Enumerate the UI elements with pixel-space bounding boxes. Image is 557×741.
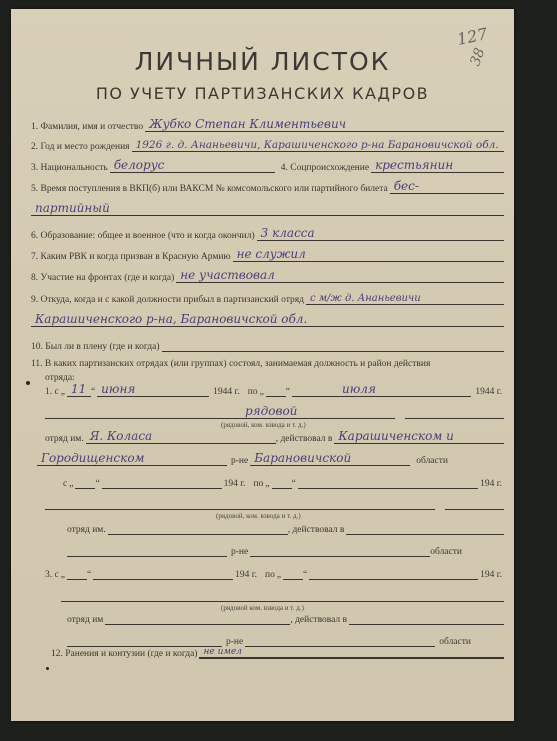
field-line: Жубко Степан Климентьевич (145, 117, 504, 132)
field-label: 10. Был ли в плену (где и когда) (31, 342, 162, 352)
field-label: , действовал в (290, 615, 349, 625)
field-line (93, 565, 233, 580)
field-label: 6. Образование: общее и военное (что и к… (31, 231, 257, 241)
field-line (405, 404, 504, 419)
field-line (108, 520, 288, 535)
field-line: июля (292, 382, 471, 397)
field-label: 12. Ранения и контузии (где и когда) (51, 649, 199, 659)
field-full-name: 1. Фамилия, имя и отчество Жубко Степан … (31, 116, 504, 132)
to-label: по (247, 479, 265, 489)
field-education: 6. Образование: общее и военное (что и к… (31, 225, 504, 241)
field-line: белорус (110, 158, 275, 173)
field-line: Карашиченском и (334, 429, 504, 444)
field-wounds: 12. Ранения и контузии (где и когда) не … (51, 643, 504, 659)
field-line: 1926 г. д. Ананьевичи, Карашиченского р-… (132, 137, 504, 152)
field-line: Городищенском (37, 451, 227, 466)
field-nationality: 3. Национальность белорус 4. Соцпроисхож… (31, 157, 504, 173)
field-label: области (430, 547, 464, 557)
field-line (272, 474, 292, 489)
personal-record-sheet: ЛИЧНЫЙ ЛИСТОК ПО УЧЕТУ ПАРТИЗАНСКИХ КАДР… (11, 9, 514, 721)
field-conscription: 7. Каким РВК и когда призван в Красную А… (31, 246, 504, 262)
field-line (45, 495, 435, 510)
field-arrival-cont: Карашиченского р-на, Барановичской обл. (31, 311, 504, 327)
unit-number: 1. с (45, 387, 61, 397)
unit-1-region: Городищенском р-не Барановичской области (37, 450, 504, 466)
field-party-cont: партийный (31, 200, 504, 216)
ink-mark (46, 667, 49, 670)
handwritten-value: 11 (71, 382, 86, 396)
field-line (346, 520, 504, 535)
unit-2-otryad: отряд им. , действовал в (67, 519, 504, 535)
field-line: Барановичской (250, 451, 410, 466)
field-line: не служил (233, 247, 504, 262)
handwritten-value: не участвовал (180, 268, 275, 282)
field-line (266, 382, 286, 397)
field-line: рядовой (45, 404, 395, 419)
field-line (250, 542, 430, 557)
year-label: 1944 г. (209, 387, 242, 397)
field-label: , действовал в (288, 525, 347, 535)
field-line (67, 542, 227, 557)
year-label: 194 г. (222, 479, 248, 489)
field-line: Я. Коласа (86, 429, 276, 444)
field-line (102, 474, 222, 489)
handwritten-value: 3 класса (261, 226, 315, 240)
unit-number: 3. с (45, 570, 61, 580)
field-label: 5. Время поступления в ВКП(б) или ВАКСМ … (31, 184, 390, 194)
ink-mark (26, 381, 30, 385)
handwritten-value: Жубко Степан Климентьевич (149, 117, 346, 131)
field-line (349, 610, 504, 625)
unit-2-dates: с „“ 194 г. по „“ 194 г. (63, 473, 504, 489)
field-line: с м/ж д. Ананьевичи (306, 290, 504, 305)
unit-2-region: р-не области (67, 541, 504, 557)
field-birth: 2. Год и место рождения 1926 г. д. Анань… (31, 136, 504, 152)
handwritten-value: 1926 г. д. Ананьевичи, Карашиченского р-… (136, 139, 499, 151)
field-label: отряд им (67, 615, 105, 625)
handwritten-value: Барановичской (254, 451, 351, 465)
field-fronts: 8. Участие на фронтах (где и когда) не у… (31, 267, 504, 283)
year-label: 194 г. (233, 570, 259, 580)
field-line: не имел (199, 643, 504, 659)
handwritten-value: не имел (203, 647, 241, 657)
field-label: 1. Фамилия, имя и отчество (31, 122, 145, 132)
field-label: области (410, 456, 450, 466)
unit-1-dates: 1. с „ 11 “ июня 1944 г. по „ “ июля 194… (45, 381, 504, 397)
document-title: ЛИЧНЫЙ ЛИСТОК (11, 47, 514, 76)
archive-number-note: 127 (455, 24, 489, 49)
year-label: 194 г. (478, 479, 504, 489)
unit-1-otryad: отряд им. Я. Коласа , действовал в Караш… (45, 428, 504, 444)
handwritten-value: Городищенском (41, 451, 145, 465)
unit-1-position: рядовой (45, 403, 504, 419)
field-line (105, 610, 290, 625)
field-line (67, 565, 87, 580)
year-label: 194 г. (478, 570, 504, 580)
handwritten-value: Карашиченском и (338, 429, 453, 443)
field-label: 4. Соцпроисхождение (275, 163, 371, 173)
field-line: партийный (31, 201, 504, 216)
to-label: по (259, 570, 277, 580)
handwritten-value: Карашиченского р-на, Барановичской обл. (35, 312, 307, 326)
field-label: отряд им. (45, 434, 86, 444)
year-label: 1944 г. (471, 387, 504, 397)
field-label: 9. Откуда, когда и с какой должности при… (31, 295, 306, 305)
field-line (75, 474, 95, 489)
to-label: по (242, 387, 260, 397)
field-line (162, 337, 504, 352)
field-line (61, 587, 504, 602)
field-line: 11 (67, 382, 91, 397)
unit-2-position (45, 494, 504, 510)
handwritten-value: июня (101, 382, 135, 396)
handwritten-value: с м/ж д. Ананьевичи (310, 293, 421, 304)
field-label: 7. Каким РВК и когда призван в Красную А… (31, 252, 233, 262)
field-label: р-не (227, 547, 250, 557)
field-party: 5. Время поступления в ВКП(б) или ВАКСМ … (31, 178, 504, 194)
handwritten-value: Я. Коласа (90, 429, 153, 443)
handwritten-value: белорус (114, 158, 165, 172)
handwritten-value: бес- (394, 179, 419, 193)
unit-3-dates: 3. с „“ 194 г. по „“ 194 г. (45, 564, 504, 580)
field-line (445, 495, 504, 510)
field-label: , действовал в (276, 434, 335, 444)
field-label: 3. Национальность (31, 163, 110, 173)
field-line: Карашиченского р-на, Барановичской обл. (31, 312, 504, 327)
field-label: 8. Участие на фронтах (где и когда) (31, 273, 176, 283)
field-captivity: 10. Был ли в плену (где и когда) (31, 336, 504, 352)
handwritten-value: крестьянин (375, 158, 453, 172)
field-line: крестьянин (371, 158, 504, 173)
handwritten-value: июля (342, 382, 376, 396)
unit-3-position (61, 586, 504, 602)
field-line: не участвовал (176, 268, 504, 283)
field-line: 3 класса (257, 226, 504, 241)
field-line (283, 565, 303, 580)
field-line (309, 565, 478, 580)
handwritten-value: партийный (35, 201, 110, 215)
field-line: июня (97, 382, 209, 397)
field-label: р-не (227, 456, 250, 466)
field-label: отряд им. (67, 525, 108, 535)
document-subtitle: ПО УЧЕТУ ПАРТИЗАНСКИХ КАДРОВ (11, 84, 514, 103)
field-label: 2. Год и место рождения (31, 142, 132, 152)
field-arrival: 9. Откуда, когда и с какой должности при… (31, 289, 504, 305)
field-line (298, 474, 478, 489)
unit-3-otryad: отряд им , действовал в (67, 609, 504, 625)
field-line: бес- (390, 179, 504, 194)
handwritten-value: не служил (237, 247, 306, 261)
handwritten-value: рядовой (245, 404, 297, 418)
